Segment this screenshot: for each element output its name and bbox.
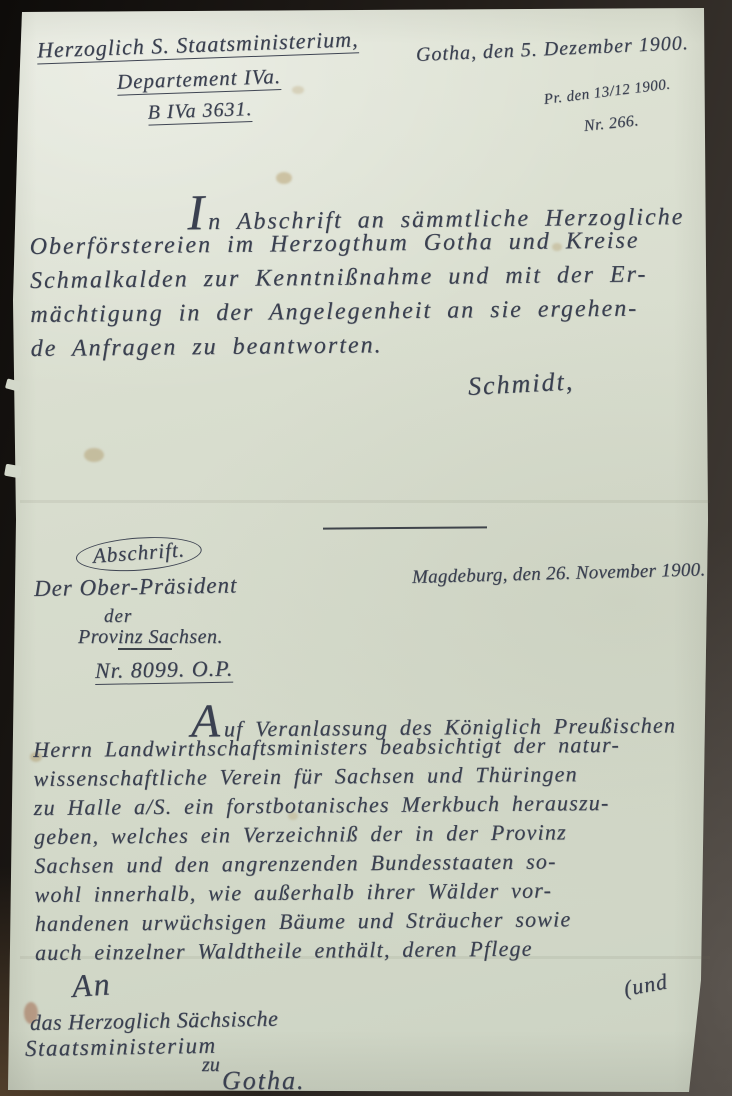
sender-underline: [118, 648, 172, 650]
letterhead-file-number-text: B IVa 3631.: [147, 98, 253, 126]
paper-stain: [276, 172, 292, 184]
body-line: Auf Veranlassung des Königlich Preußisch…: [33, 700, 729, 735]
signature: Schmidt,: [467, 366, 575, 402]
address-line: zu: [202, 1054, 220, 1077]
paper-stain: [84, 448, 104, 462]
body-paragraph: Auf Veranlassung des Königlich Preußisch…: [33, 700, 731, 967]
directive-line: de Anfragen zu beantworten.: [31, 325, 721, 366]
directive-line: mächtigung in der Angelegenheit an sie e…: [30, 291, 720, 332]
body-line: auch einzelner Waldtheile enthält, deren…: [35, 932, 731, 967]
directive-paragraph: In Abschrift an sämmtliche Herzogliche O…: [29, 189, 721, 366]
sender-title-line: Provinz Sachsen.: [78, 626, 223, 649]
paper-edge-nick: [5, 378, 21, 391]
sender-title-line: Der Ober-Präsident: [34, 572, 238, 602]
address-line: das Herzoglich Sächsische: [30, 1006, 279, 1036]
paper-edge-nick: [4, 464, 22, 479]
photo-background: Herzoglich S. Staatsministerium, Departe…: [0, 0, 732, 1096]
address-city: Gotha.: [222, 1066, 306, 1096]
sender-title-line: der: [104, 606, 132, 628]
address-line: Staatsministerium: [25, 1033, 217, 1062]
address-city-text: Gotha.: [222, 1066, 306, 1096]
letterhead-department: Departement IVa.: [24, 61, 375, 98]
address-salutation: An: [71, 965, 113, 1005]
reference-number: Nr. 8099. O.P.: [95, 656, 234, 684]
paper-crease: [20, 500, 710, 503]
letterhead: Herzoglich S. Staatsministerium, Departe…: [22, 26, 375, 129]
reference-number-text: Nr. 8099. O.P.: [95, 656, 234, 685]
letterhead-department-text: Departement IVa.: [116, 64, 281, 96]
